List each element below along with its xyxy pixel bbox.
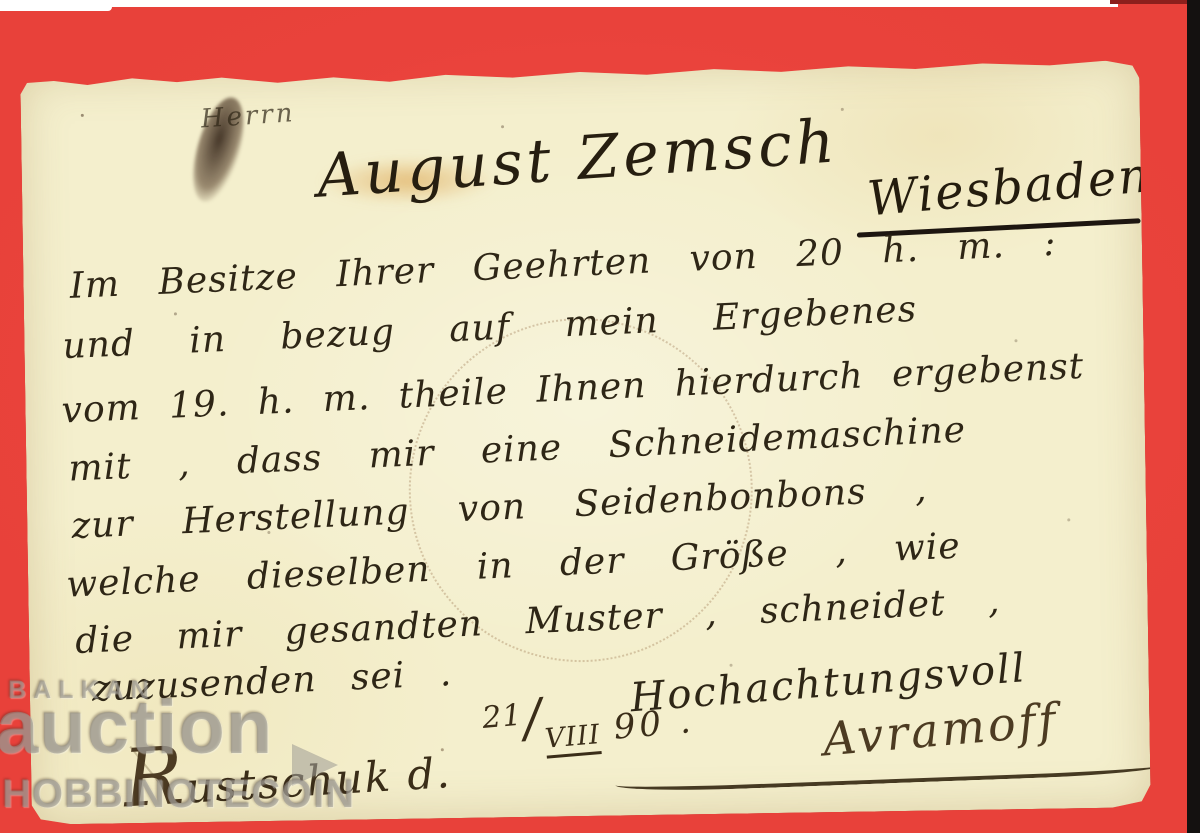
paper-specks (81, 114, 84, 117)
city-wiesbaden: Wiesbaden (865, 147, 1153, 227)
scan-top-dark-line (1110, 0, 1190, 4)
scanned-postcard-photo: { "colors": { "frame_red": "#e8413a", "c… (0, 0, 1200, 833)
scan-top-white-strip-left (0, 0, 112, 11)
date-day: 21 (481, 698, 524, 736)
date-group: 21 / VIII 90 . (481, 685, 695, 743)
date-year: 90 . (612, 701, 696, 748)
watermark-auction: auction (0, 690, 273, 766)
scan-top-white-strip (0, 0, 1118, 7)
addressee-name: August Zemsch (315, 106, 841, 211)
date-month: VIII (544, 719, 602, 759)
watermark-hobbinotecoin: HOBBINOTECOIN (2, 772, 355, 817)
signature-flourish-underline (615, 757, 1163, 793)
scan-right-black-strip (1187, 0, 1200, 833)
date-slash: / (522, 698, 544, 739)
salutation-herrn: Herrn (200, 98, 296, 134)
